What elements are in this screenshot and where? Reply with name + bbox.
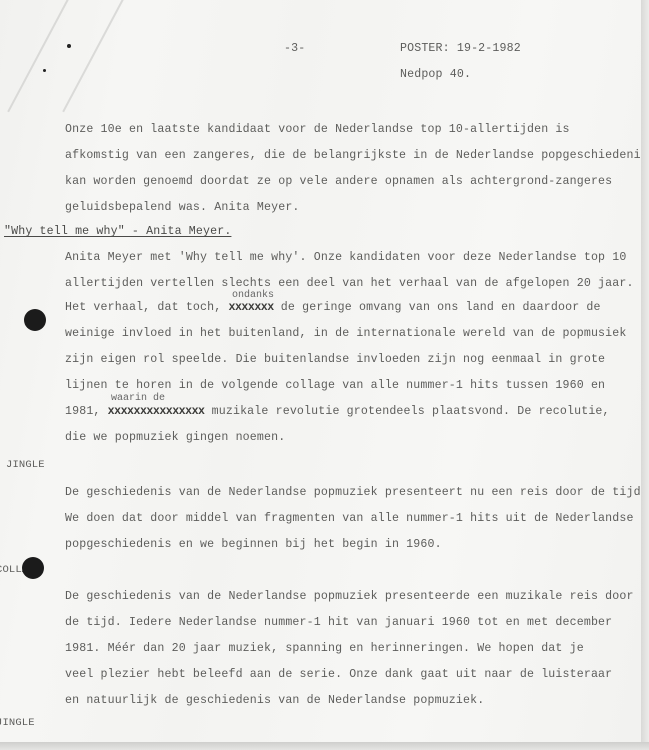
text-segment: Het verhaal, dat toch, <box>65 301 228 314</box>
ink-speck <box>67 44 71 48</box>
para3-line: De geschiedenis van de Nederlandse popmu… <box>65 486 641 500</box>
cue-jingle: JINGLE <box>0 716 35 730</box>
para2-line: weinige invloed in het buitenland, in de… <box>65 327 626 341</box>
header-program: Nedpop 40. <box>400 68 471 82</box>
para4-line: de tijd. Iedere Nederlandse nummer-1 hit… <box>65 616 612 630</box>
cue-jingle: JINGLE <box>6 458 45 472</box>
para2-line: 1981, xxxxxxxxxxxxxxx muzikale revolutie… <box>65 405 610 419</box>
page-edge <box>641 0 649 750</box>
punch-hole <box>24 309 46 331</box>
para3-line: popgeschiedenis en we beginnen bij het b… <box>65 538 442 552</box>
text-segment: muzikale revolutie grotendeels plaatsvon… <box>205 405 610 418</box>
para4-line: De geschiedenis van de Nederlandse popmu… <box>65 590 634 604</box>
paper-crease <box>7 0 74 112</box>
typed-correction: waarin de <box>111 393 165 404</box>
text-segment: de geringe omvang van ons land en daardo… <box>274 301 601 314</box>
intro-line: Onze 10e en laatste kandidaat voor de Ne… <box>65 123 570 137</box>
para2-line: die we popmuziek gingen noemen. <box>65 431 285 445</box>
para4-line: 1981. Méér dan 20 jaar muziek, spanning … <box>65 642 584 656</box>
ink-speck <box>43 69 46 72</box>
page-edge <box>0 742 649 750</box>
text-segment: 1981, <box>65 405 108 418</box>
struck-text: xxxxxxxxxxxxxxx <box>108 405 205 418</box>
punch-hole <box>22 557 44 579</box>
intro-line: geluidsbepalend was. Anita Meyer. <box>65 201 300 215</box>
para2-line: Anita Meyer met 'Why tell me why'. Onze … <box>65 251 626 265</box>
para2-line: lijnen te horen in de volgende collage v… <box>65 379 605 393</box>
para2-line: zijn eigen rol speelde. Die buitenlandse… <box>65 353 605 367</box>
page-number: -3- <box>284 42 305 56</box>
struck-text: xxxxxxx <box>228 301 273 314</box>
para3-line: We doen dat door middel van fragmenten v… <box>65 512 634 526</box>
paper-crease <box>62 0 129 112</box>
intro-line: kan worden genoemd doordat ze op vele an… <box>65 175 612 189</box>
para2-line: Het verhaal, dat toch, xxxxxxx de gering… <box>65 301 601 315</box>
intro-line: afkomstig van een zangeres, die de belan… <box>65 149 641 163</box>
para4-line: veel plezier hebt beleefd aan de serie. … <box>65 668 612 682</box>
para4-line: en natuurlijk de geschiedenis van de Ned… <box>65 694 484 708</box>
typed-correction: ondanks <box>232 290 274 301</box>
header-poster-date: POSTER: 19-2-1982 <box>400 42 521 56</box>
typewritten-page: -3- POSTER: 19-2-1982 Nedpop 40. Onze 10… <box>0 0 641 742</box>
para2-line: allertijden vertellen slechts een deel v… <box>65 277 634 291</box>
song-cue: "Why tell me why" - Anita Meyer. <box>4 225 231 239</box>
